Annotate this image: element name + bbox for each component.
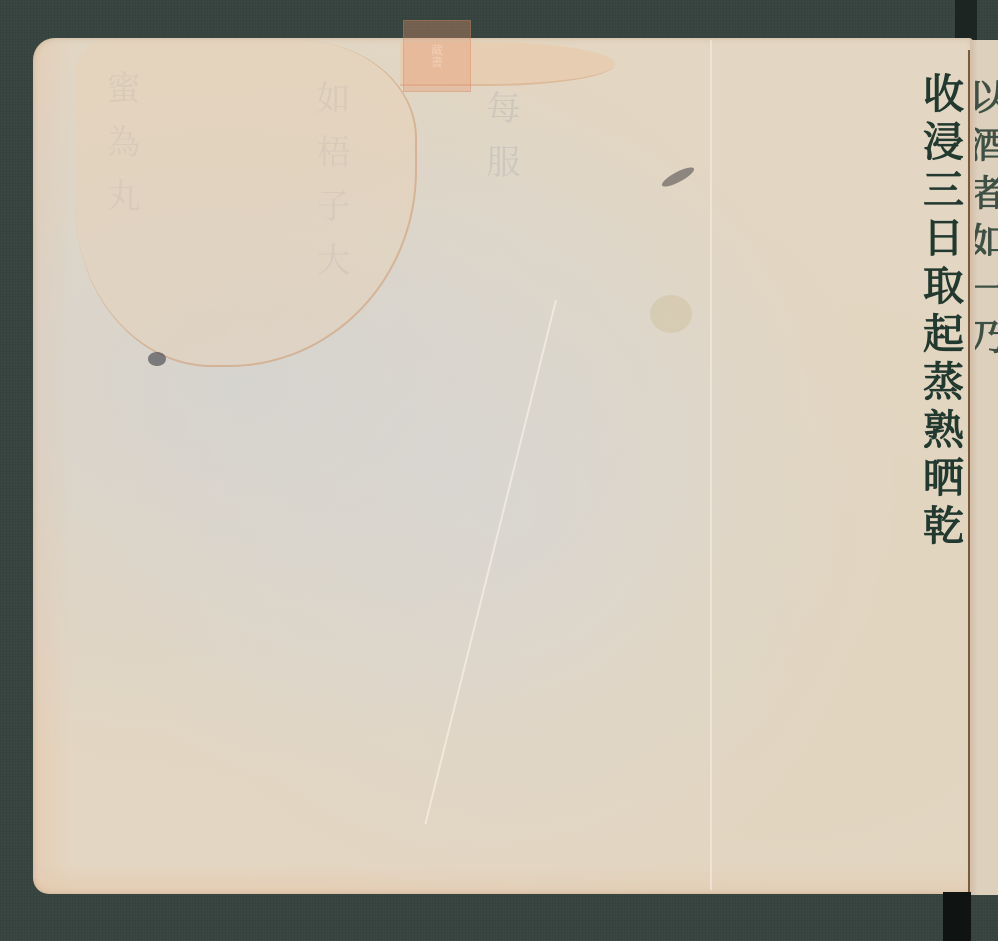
scan-scene: 蜜為丸 如梧子大 每服 藏書 收浸三日取起蒸熟晒乾 以酒者如一乃 xyxy=(0,0,998,941)
seal-text: 藏書 xyxy=(412,29,462,83)
book-spine-top xyxy=(955,0,977,40)
handwritten-text-column: 收浸三日取起蒸熟晒乾 xyxy=(912,72,968,712)
ink-spot xyxy=(148,352,166,366)
library-seal-watermark: 藏書 xyxy=(403,20,471,92)
paper-crease xyxy=(710,40,712,890)
book-spine-shadow xyxy=(943,892,971,941)
adjacent-page-text: 以酒者如一乃 xyxy=(975,78,998,798)
page-gutter-line xyxy=(968,50,970,892)
bleed-through-text: 每服 xyxy=(470,90,530,810)
water-spot xyxy=(650,295,692,333)
